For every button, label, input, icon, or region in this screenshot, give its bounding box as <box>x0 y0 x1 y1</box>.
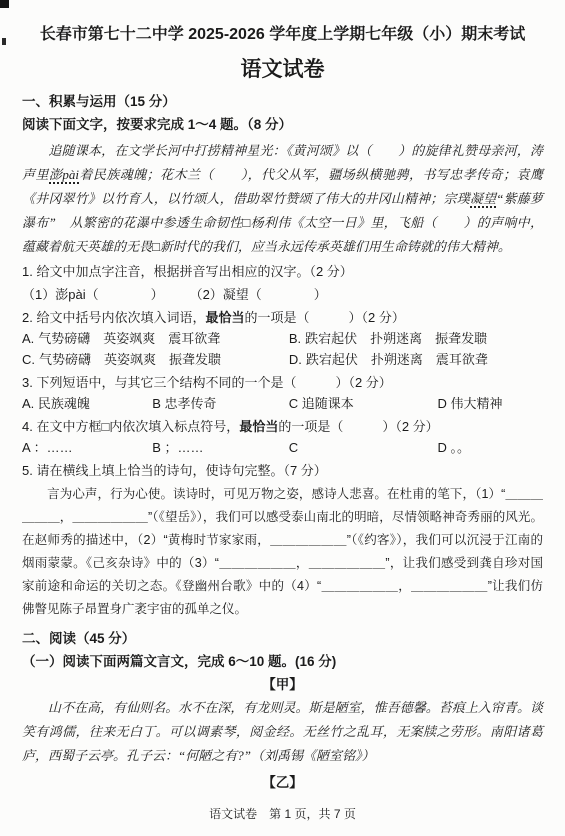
passage-jia-label: 【甲】 <box>22 674 543 696</box>
question-5-stem: 5. 请在横线上填上恰当的诗句，使诗句完整。（7 分） <box>22 460 543 481</box>
section-2-sub-heading: （一）阅读下面两篇文言文，完成 6～10 题。(16 分) <box>22 652 543 672</box>
exam-paper-page: 长春市第七十二中学 2025-2026 学年度上学期七年级（小）期末考试 语文试… <box>0 0 565 836</box>
question-1-blanks: （1）澎pài（ ） （2）凝望（ ） <box>22 284 543 305</box>
question-2-option-d: D.跌宕起伏 扑朔迷离 震耳欲聋 <box>289 349 543 370</box>
exam-subtitle: 语文试卷 <box>22 56 543 84</box>
reading-passage: 追随课本，在文学长河中打捞精神星光：《黄河颂》以（ ）的旋律礼赞母亲河，涛声里澎… <box>22 139 543 259</box>
question-4-options: A ：…… B ；…… C D 。。 <box>22 437 543 458</box>
question-3-options: A. 民族魂魄 B 忠孝传奇 C 追随课本 D 伟大精神 <box>22 393 543 414</box>
option-text: 气势磅礴 英姿飒爽 振聋发聩 <box>39 352 221 367</box>
question-4-option-d: D 。。 <box>438 437 543 458</box>
question-2-stem-text: 的一项是（ ）（2 分） <box>244 310 404 325</box>
question-3-option-d: D 伟大精神 <box>438 393 543 414</box>
question-4-option-b: B ；…… <box>152 437 288 458</box>
passage-text: 着民族魂魄；花木兰（ ），代父从军，疆场纵横驰骋，书写忠孝传奇；袁鹰《井冈翠竹》… <box>22 167 543 206</box>
question-4-option-a: A ：…… <box>22 437 152 458</box>
question-2-options: A.气势磅礴 英姿飒爽 震耳欲聋 B.跌宕起伏 扑朔迷离 振聋发聩 C.气势磅礴… <box>22 328 543 370</box>
option-label: C. <box>22 352 35 367</box>
scan-artifact <box>0 0 9 8</box>
question-4-option-c: C <box>289 437 438 458</box>
emphasized-word: 凝望 <box>470 191 496 208</box>
passage-yi-label: 【乙】 <box>22 772 543 794</box>
question-2-stem-bold: 最恰当 <box>205 310 244 325</box>
scan-artifact <box>2 38 6 45</box>
option-text: 跌宕起伏 扑朔迷离 振聋发聩 <box>305 331 487 346</box>
option-text: 跌宕起伏 扑朔迷离 震耳欲聋 <box>306 352 488 367</box>
question-1-stem: 1. 给文中加点字注音，根据拼音写出相应的汉字。（2 分） <box>22 261 543 282</box>
option-text: 气势磅礴 英姿飒爽 震耳欲聋 <box>38 331 220 346</box>
emphasized-word: 澎pài <box>49 167 79 184</box>
question-2-stem: 2. 给文中括号内依次填入词语，最恰当的一项是（ ）（2 分） <box>22 307 543 328</box>
question-2-option-c: C.气势磅礴 英姿飒爽 振聋发聩 <box>22 349 289 370</box>
question-2-stem-text: 2. 给文中括号内依次填入词语， <box>22 310 205 325</box>
question-3-option-b: B 忠孝传奇 <box>152 393 288 414</box>
section-2-heading: 二、阅读（45 分） <box>22 629 543 649</box>
question-3-stem: 3. 下列短语中，与其它三个结构不同的一个是（ ）（2 分） <box>22 372 543 393</box>
option-label: B. <box>289 331 301 346</box>
question-4-stem-bold: 最恰当 <box>239 419 278 434</box>
question-5-passage: 言为心声，行为心使。读诗时，可见万物之姿，感诗人悲喜。在杜甫的笔下，（1）“＿＿… <box>22 483 543 621</box>
question-3-option-c: C 追随课本 <box>289 393 438 414</box>
question-2-option-a: A.气势磅礴 英姿飒爽 震耳欲聋 <box>22 328 289 349</box>
section-1-intro: 阅读下面文字，按要求完成 1～4 题。（8 分） <box>22 115 543 135</box>
option-label: D. <box>289 352 302 367</box>
page-footer: 语文试卷 第 1 页，共 7 页 <box>0 805 565 822</box>
section-1-heading: 一、积累与运用（15 分） <box>22 92 543 112</box>
passage-jia-text: 山不在高，有仙则名。水不在深，有龙则灵。斯是陋室，惟吾德馨。苔痕上入帘青。谈笑有… <box>22 696 543 768</box>
question-2-option-b: B.跌宕起伏 扑朔迷离 振聋发聩 <box>289 328 543 349</box>
exam-title: 长春市第七十二中学 2025-2026 学年度上学期七年级（小）期末考试 <box>22 24 543 46</box>
question-4-stem-text: 的一项是（ ）（2 分） <box>278 419 438 434</box>
question-3-option-a: A. 民族魂魄 <box>22 393 152 414</box>
question-4-stem-text: 4. 在文中方框□内依次填入标点符号， <box>22 419 239 434</box>
question-4-stem: 4. 在文中方框□内依次填入标点符号，最恰当的一项是（ ）（2 分） <box>22 416 543 437</box>
option-label: A. <box>22 331 34 346</box>
